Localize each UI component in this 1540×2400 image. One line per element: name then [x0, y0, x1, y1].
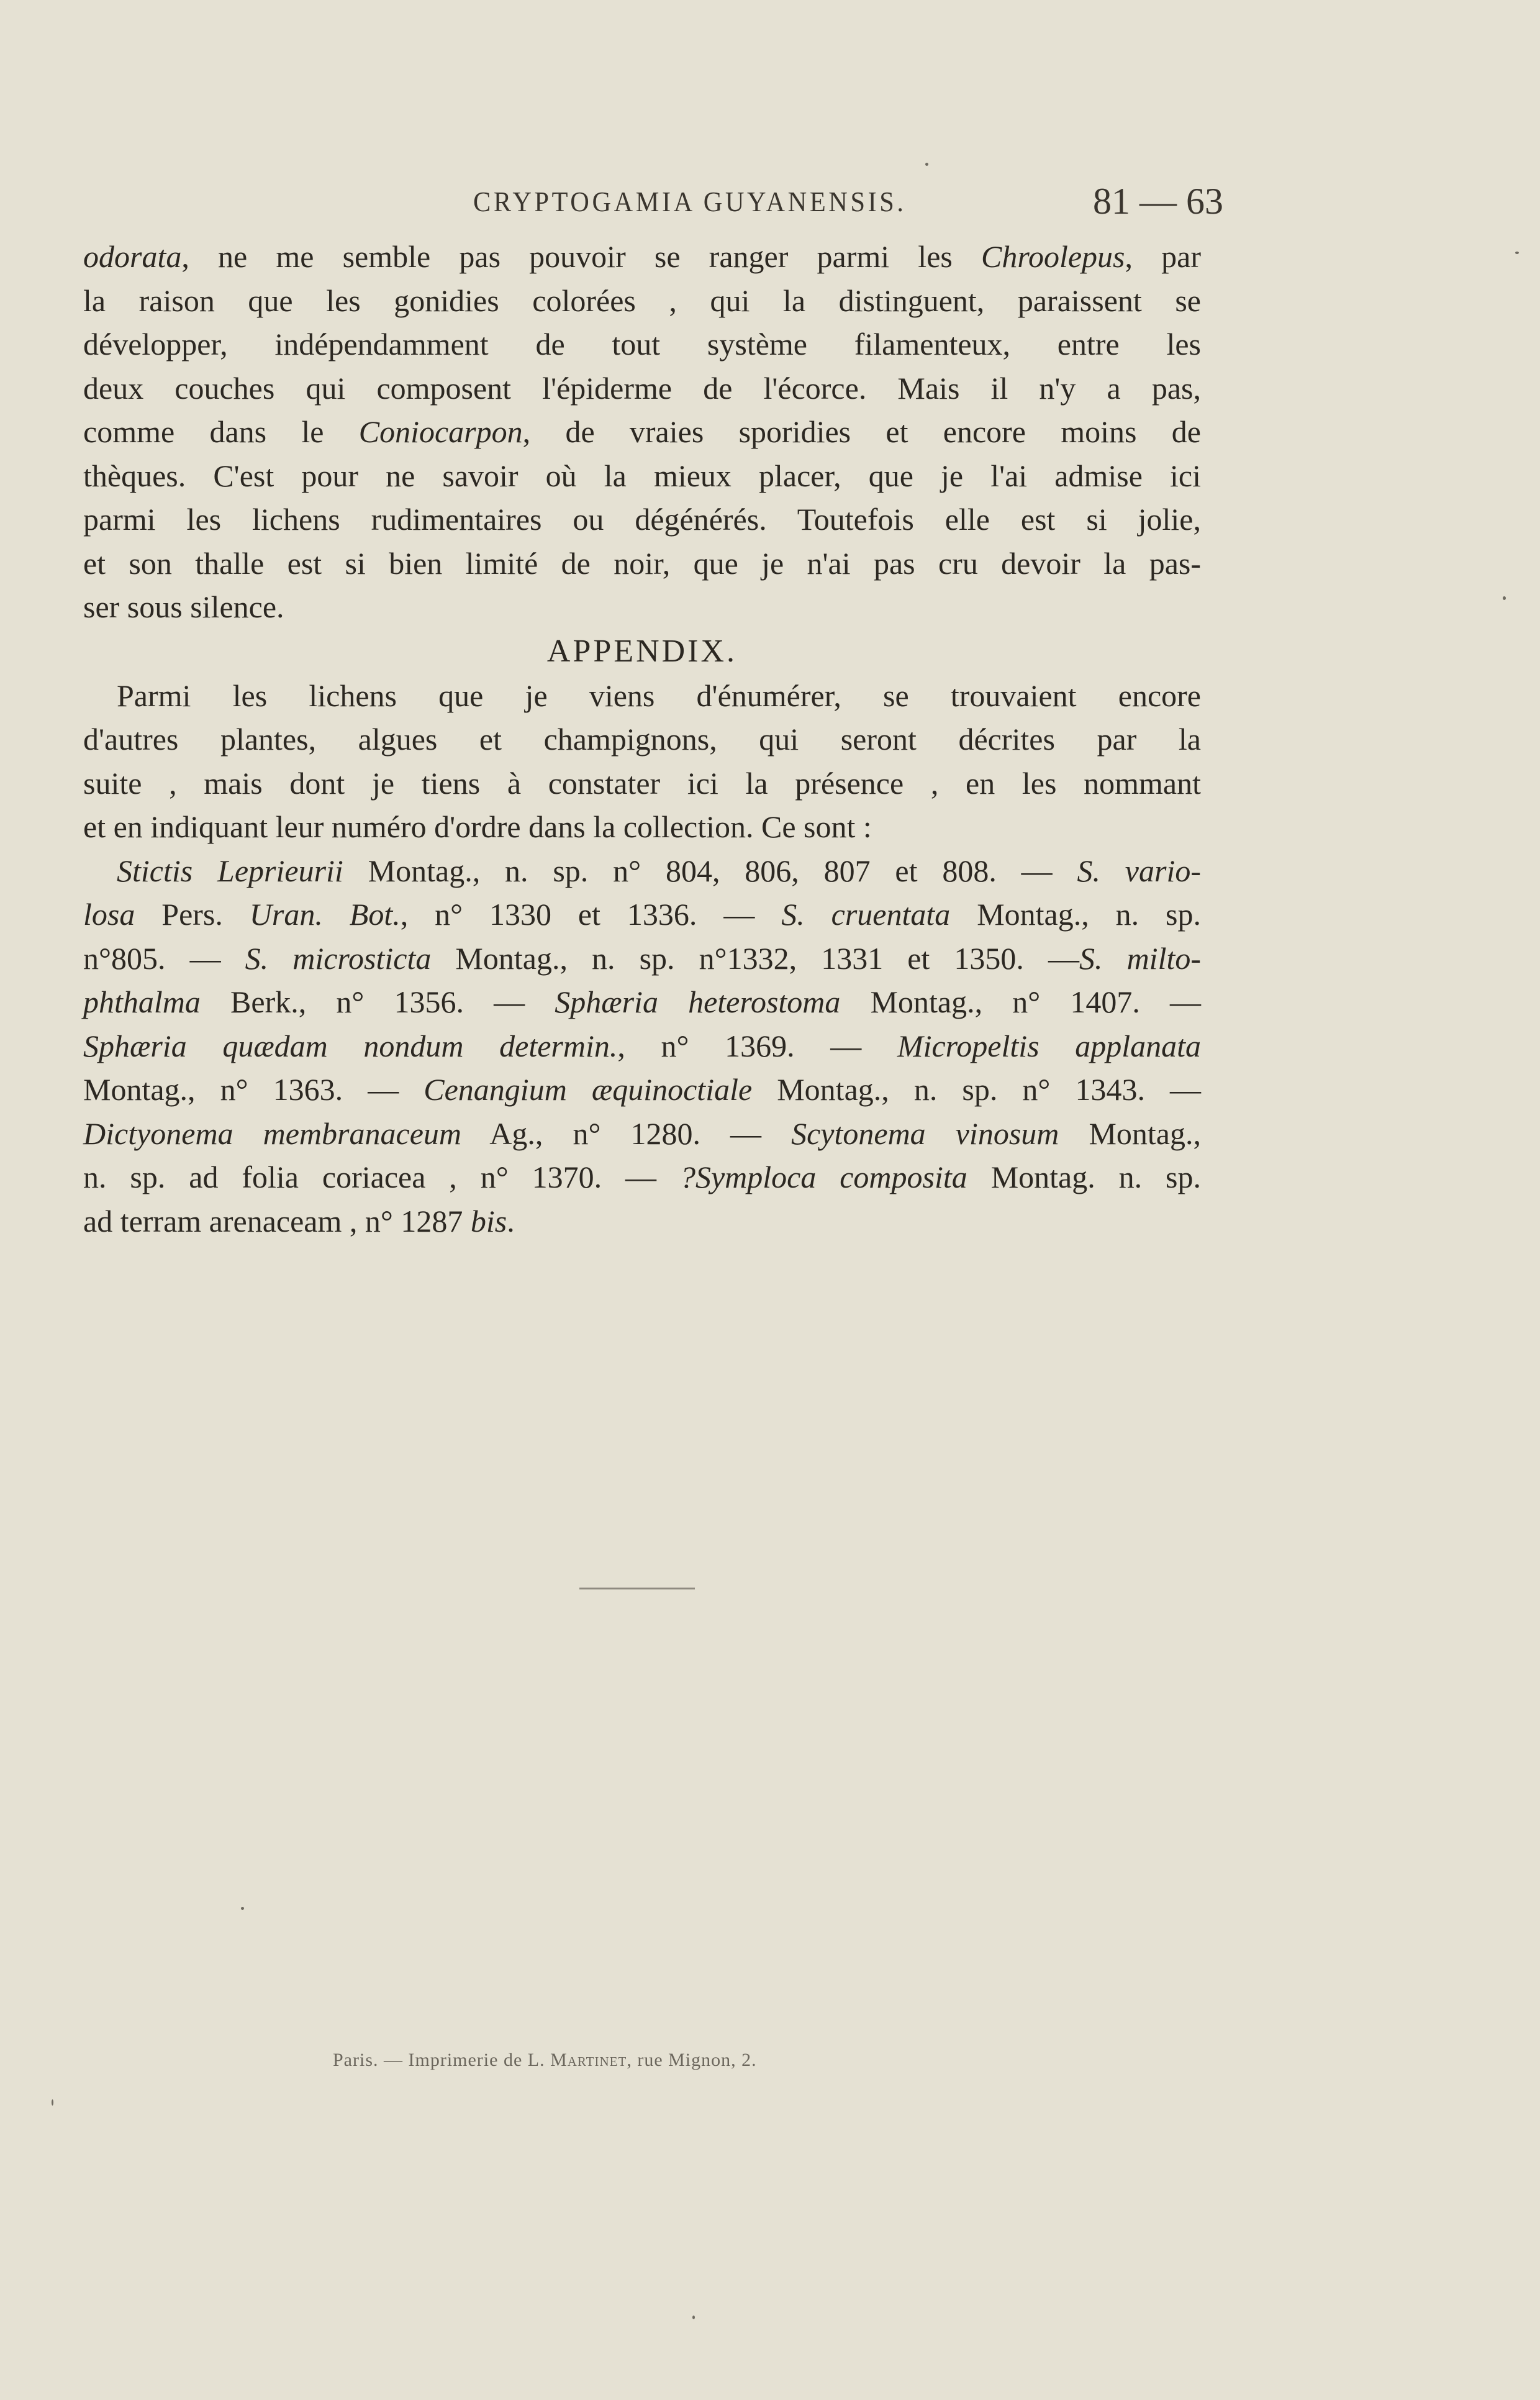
page-number: 81 — 63 — [1093, 180, 1223, 223]
paper-speck — [925, 163, 928, 166]
running-head-title: CRYPTOGAMIA GUYANENSIS. — [473, 185, 907, 218]
text-line: suite , mais dont je tiens à constater i… — [83, 761, 1201, 806]
appendix-heading: APPENDIX. — [83, 629, 1201, 674]
running-head: CRYPTOGAMIA GUYANENSIS. 81 — 63 — [81, 180, 1223, 230]
species-line: ad terram arenaceam , n° 1287 bis. — [83, 1199, 1201, 1243]
text-line: deux couches qui composent l'épiderme de… — [83, 366, 1201, 411]
species-line: Sphæria quædam nondum determin., n° 1369… — [83, 1024, 1201, 1068]
text-line: comme dans le Coniocarpon, de vraies spo… — [83, 410, 1201, 454]
text-line: et son thalle est si bien limité de noir… — [83, 542, 1201, 586]
species-line: n°805. — S. microsticta Montag., n. sp. … — [83, 937, 1201, 981]
species-line: losa Pers. Uran. Bot., n° 1330 et 1336. … — [83, 893, 1201, 937]
end-rule-divider — [579, 1588, 695, 1589]
text-line: ser sous silence. — [83, 585, 1201, 629]
species-line: Stictis Leprieurii Montag., n. sp. n° 80… — [83, 849, 1201, 893]
book-page: CRYPTOGAMIA GUYANENSIS. 81 — 63 odorata,… — [0, 0, 1540, 2400]
text-line: d'autres plantes, algues et champignons,… — [83, 717, 1201, 761]
text-line: et en indiquant leur numéro d'ordre dans… — [83, 805, 1201, 849]
body-text: odorata, ne me semble pas pouvoir se ran… — [83, 235, 1201, 1243]
text-line: développer, indépendamment de tout systè… — [83, 322, 1201, 366]
paper-speck — [241, 1907, 244, 1910]
text-line: Parmi les lichens que je viens d'énumére… — [83, 674, 1201, 718]
text-line: la raison que les gonidies colorées , qu… — [83, 279, 1201, 323]
species-line: n. sp. ad folia coriacea , n° 1370. — ?S… — [83, 1155, 1201, 1199]
text-line: odorata, ne me semble pas pouvoir se ran… — [83, 235, 1201, 279]
printer-imprint: Paris. — Imprimerie de L. Martinet, rue … — [333, 2050, 757, 2071]
species-line: Dictyonema membranaceum Ag., n° 1280. — … — [83, 1112, 1201, 1156]
text-line: thèques. C'est pour ne savoir où la mieu… — [83, 454, 1201, 498]
paper-speck — [1515, 252, 1519, 254]
paper-speck — [52, 2099, 53, 2106]
paper-speck — [1503, 596, 1506, 600]
paper-speck — [692, 2316, 695, 2319]
species-line: Montag., n° 1363. — Cenangium æquinoctia… — [83, 1068, 1201, 1112]
species-line: phthalma Berk., n° 1356. — Sphæria heter… — [83, 980, 1201, 1024]
text-line: parmi les lichens rudimentaires ou dégén… — [83, 498, 1201, 542]
